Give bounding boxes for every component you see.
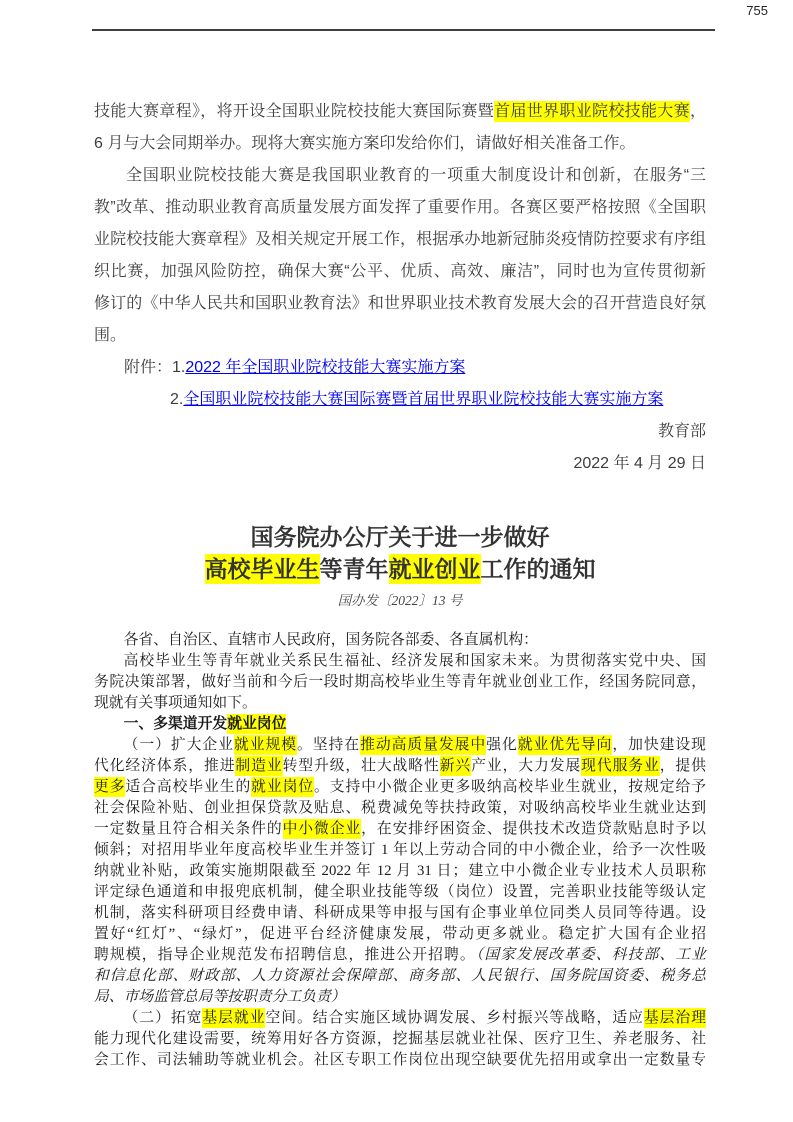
text-line: 更多适合高校毕业生的就业岗位。支持中小微企业更多吸纳高校毕业生就业，按规定给予 — [94, 777, 706, 798]
text-segment: 。支持中小微企业更多吸纳高校毕业生就业，按规定给予 — [314, 779, 706, 795]
text-line: 业院校技能大赛章程》及相关规定开展工作，根据承办地新冠肺炎疫情防控要求有序组 — [94, 224, 706, 256]
doc2-title-line2: 高校毕业生等青年就业创业工作的通知 — [94, 554, 706, 584]
attachment-link[interactable]: 2022 年全国职业院校技能大赛实施方案 — [185, 359, 465, 376]
text-segment: ， — [690, 103, 706, 120]
text-line: 评定绿色通道和申报兜底机制，健全职业技能等级（岗位）设置，完善职业技能等级认定 — [94, 882, 706, 903]
text-segment: 6 月与大会同期举办。现将大赛实施方案印发给你们，请做好相关准备工作。 — [94, 135, 635, 152]
text-line: 置好“红灯”、“绿灯”，促进平台经济健康发展，带动更多就业。稳定扩大国有企业招 — [94, 924, 706, 945]
text-segment: 围。 — [94, 327, 126, 344]
text-segment: 空间。结合实施区域协调发展、乡村振兴等战略，适应 — [265, 1010, 643, 1026]
highlighted-text: 推动高质量发展中 — [360, 735, 486, 755]
text-line: 技能大赛章程》，将开设全国职业院校技能大赛国际赛暨首届世界职业院校技能大赛， — [94, 96, 706, 128]
document-page: 755 技能大赛章程》，将开设全国职业院校技能大赛国际赛暨首届世界职业院校技能大… — [0, 0, 793, 1122]
text-line: 会工作、司法辅助等就业机会。社区专职工作岗位出现空缺要优先招用或拿出一定数量专 — [94, 1050, 706, 1071]
doc2-title-line1: 国务院办公厅关于进一步做好 — [94, 523, 706, 551]
doc2-body: 各省、自治区、直辖市人民政府，国务院各部委、各直属机构：高校毕业生等青年就业关系… — [94, 630, 706, 1071]
text-segment: 。坚持在 — [297, 737, 360, 753]
highlighted-text: 高校毕业生 — [205, 554, 320, 584]
text-segment: （国家发展改革委、科技部、工业 — [476, 947, 706, 963]
text-segment: 教育部 — [658, 423, 706, 440]
highlighted-text: 就业规模 — [234, 735, 297, 755]
page-number: 755 — [746, 3, 768, 18]
text-line: 社会保险补贴、创业担保贷款及贴息、税费减免等扶持政策，对吸纳高校毕业生就业达到 — [94, 798, 706, 819]
text-line: 2022 年 4 月 29 日 — [94, 448, 706, 480]
text-line: 一、多渠道开发就业岗位 — [94, 714, 706, 735]
text-segment: 会工作、司法辅助等就业机会。社区专职工作岗位出现空缺要优先招用或拿出一定数量专 — [94, 1052, 706, 1068]
text-segment: 2022 年 4 月 29 日 — [573, 455, 706, 472]
text-line: 一定数量且符合相关条件的中小微企业，在安排纾困资金、提供技术改造贷款贴息时予以 — [94, 819, 706, 840]
highlighted-text: 更多 — [94, 777, 125, 797]
highlighted-text: 就业优先导向 — [518, 735, 613, 755]
text-line: 机制，落实科研项目经费申请、科研成果等申报与国有企事业单位同类人员同等待遇。设 — [94, 903, 706, 924]
text-line: 聘规模，指导企业规范发布招聘信息，推进公开招聘。（国家发展改革委、科技部、工业 — [94, 945, 706, 966]
text-segment: 现就有关事项通知如下。 — [94, 695, 257, 711]
text-segment: 各省、自治区、直辖市人民政府，国务院各部委、各直属机构： — [124, 632, 538, 648]
highlighted-text: 基层就业 — [202, 1008, 265, 1028]
text-line: 高校毕业生等青年就业关系民生福祉、经济发展和国家未来。为贯彻落实党中央、国 — [94, 651, 706, 672]
text-segment: 适合高校毕业生的 — [125, 779, 251, 795]
text-line: 教育部 — [94, 416, 706, 448]
text-segment: ，在安排纾困资金、提供技术改造贷款贴息时予以 — [361, 821, 706, 837]
text-segment: 机制，落实科研项目经费申请、科研成果等申报与国有企事业单位同类人员同等待遇。设 — [94, 905, 706, 921]
text-segment: 代化经济体系，推进 — [94, 758, 235, 774]
highlighted-text: 首届世界职业院校技能大赛 — [494, 101, 690, 122]
text-segment: 一定数量且符合相关条件的 — [94, 821, 283, 837]
text-segment: 2. — [170, 391, 183, 408]
text-segment: 工作的通知 — [481, 556, 596, 582]
text-segment: （一）扩大企业 — [124, 737, 234, 753]
text-segment: 技能大赛章程》，将开设全国职业院校技能大赛国际赛暨 — [94, 103, 494, 120]
text-segment: 和信息化部、财政部、人力资源社会保障部、商务部、人民银行、国务院国资委、税务总 — [94, 968, 706, 984]
text-segment: 社会保险补贴、创业担保贷款及贴息、税费减免等扶持政策，对吸纳高校毕业生就业达到 — [94, 800, 706, 816]
text-segment: 倾斜；对招用毕业年度高校毕业生并签订 1 年以上劳动合同的中小微企业，给予一次性… — [94, 842, 706, 858]
text-line: 高校毕业生等青年就业创业工作的通知 — [94, 554, 706, 584]
text-segment: 强化 — [486, 737, 518, 753]
attachment-link[interactable]: 全国职业院校技能大赛国际赛暨首届世界职业院校技能大赛实施方案 — [183, 391, 663, 408]
text-segment: 局、市场监管总局等按职责分工负责） — [94, 989, 346, 1005]
text-line: 教”改革、推动职业教育高质量发展方面发挥了重要作用。各赛区要严格按照《全国职 — [94, 192, 706, 224]
highlighted-text: 新兴 — [440, 756, 471, 776]
text-segment: 等青年 — [320, 556, 389, 582]
text-segment: 务院决策部署，做好当前和今后一段时期高校毕业生等青年就业创业工作，经国务院同意， — [94, 674, 706, 690]
text-segment: 修订的《中华人民共和国职业教育法》和世界职业技术教育发展大会的召开营造良好氛 — [94, 295, 706, 312]
text-segment: ，提供 — [660, 758, 706, 774]
text-segment: 纳就业补贴，政策实施期限截至 2022 年 12 月 31 日；建立中小微企业专… — [94, 863, 706, 879]
text-line: 代化经济体系，推进制造业转型升级，壮大战略性新兴产业，大力发展现代服务业，提供 — [94, 756, 706, 777]
text-segment: 织比赛，加强风险防控，确保大赛“公平、优质、高效、廉洁”，同时也为宣传贯彻新 — [94, 263, 706, 280]
text-line: 各省、自治区、直辖市人民政府，国务院各部委、各直属机构： — [94, 630, 706, 651]
text-segment: 高校毕业生等青年就业关系民生福祉、经济发展和国家未来。为贯彻落实党中央、国 — [124, 653, 706, 669]
text-line: 现就有关事项通知如下。 — [94, 693, 706, 714]
text-line: 围。 — [94, 320, 706, 352]
doc1-body: 技能大赛章程》，将开设全国职业院校技能大赛国际赛暨首届世界职业院校技能大赛，6 … — [94, 96, 706, 480]
text-line: （一）扩大企业就业规模。坚持在推动高质量发展中强化就业优先导向，加快建设现 — [94, 735, 706, 756]
text-segment: 附件：1. — [124, 359, 185, 376]
text-segment: 教”改革、推动职业教育高质量发展方面发挥了重要作用。各赛区要严格按照《全国职 — [94, 199, 706, 216]
text-line: 能力现代化建设需要，统筹用好各方资源，挖掘基层就业社保、医疗卫生、养老服务、社 — [94, 1029, 706, 1050]
text-segment: 全国职业院校技能大赛是我国职业教育的一项重大制度设计和创新，在服务“三 — [126, 167, 706, 184]
text-segment: 能力现代化建设需要，统筹用好各方资源，挖掘基层就业社保、医疗卫生、养老服务、社 — [94, 1031, 706, 1047]
text-segment: 业院校技能大赛章程》及相关规定开展工作，根据承办地新冠肺炎疫情防控要求有序组 — [94, 231, 706, 248]
text-line: 全国职业院校技能大赛是我国职业教育的一项重大制度设计和创新，在服务“三 — [94, 160, 706, 192]
doc2-number: 国办发〔2022〕13 号 — [94, 589, 706, 609]
text-line: 务院决策部署，做好当前和今后一段时期高校毕业生等青年就业创业工作，经国务院同意， — [94, 672, 706, 693]
highlighted-text: 就业岗位 — [227, 714, 286, 734]
text-segment: 一、多渠道开发 — [124, 716, 228, 732]
text-line: 2.全国职业院校技能大赛国际赛暨首届世界职业院校技能大赛实施方案 — [94, 384, 706, 416]
text-line: 附件：1.2022 年全国职业院校技能大赛实施方案 — [94, 352, 706, 384]
text-line: 和信息化部、财政部、人力资源社会保障部、商务部、人民银行、国务院国资委、税务总 — [94, 966, 706, 987]
text-segment: 聘规模，指导企业规范发布招聘信息，推进公开招聘。 — [94, 947, 476, 963]
text-segment: 评定绿色通道和申报兜底机制，健全职业技能等级（岗位）设置，完善职业技能等级认定 — [94, 884, 706, 900]
text-line: 6 月与大会同期举办。现将大赛实施方案印发给你们，请做好相关准备工作。 — [94, 128, 706, 160]
text-segment: （二）拓宽 — [124, 1010, 203, 1026]
text-line: 修订的《中华人民共和国职业教育法》和世界职业技术教育发展大会的召开营造良好氛 — [94, 288, 706, 320]
text-segment: 置好“红灯”、“绿灯”，促进平台经济健康发展，带动更多就业。稳定扩大国有企业招 — [94, 926, 706, 942]
highlighted-text: 现代服务业 — [581, 756, 660, 776]
highlighted-text: 就业岗位 — [251, 777, 314, 797]
header-rule — [92, 29, 715, 31]
text-line: （二）拓宽基层就业空间。结合实施区域协调发展、乡村振兴等战略，适应基层治理 — [94, 1008, 706, 1029]
text-line: 倾斜；对招用毕业年度高校毕业生并签订 1 年以上劳动合同的中小微企业，给予一次性… — [94, 840, 706, 861]
highlighted-text: 基层治理 — [644, 1008, 706, 1028]
highlighted-text: 就业创业 — [389, 554, 481, 584]
text-line: 织比赛，加强风险防控，确保大赛“公平、优质、高效、廉洁”，同时也为宣传贯彻新 — [94, 256, 706, 288]
text-segment: 转型升级，壮大战略性 — [283, 758, 440, 774]
text-segment: 产业，大力发展 — [471, 758, 581, 774]
text-segment: ，加快建设现 — [612, 737, 706, 753]
text-line: 局、市场监管总局等按职责分工负责） — [94, 987, 706, 1008]
highlighted-text: 中小微企业 — [283, 819, 362, 839]
text-line: 纳就业补贴，政策实施期限截至 2022 年 12 月 31 日；建立中小微企业专… — [94, 861, 706, 882]
highlighted-text: 制造业 — [235, 756, 282, 776]
